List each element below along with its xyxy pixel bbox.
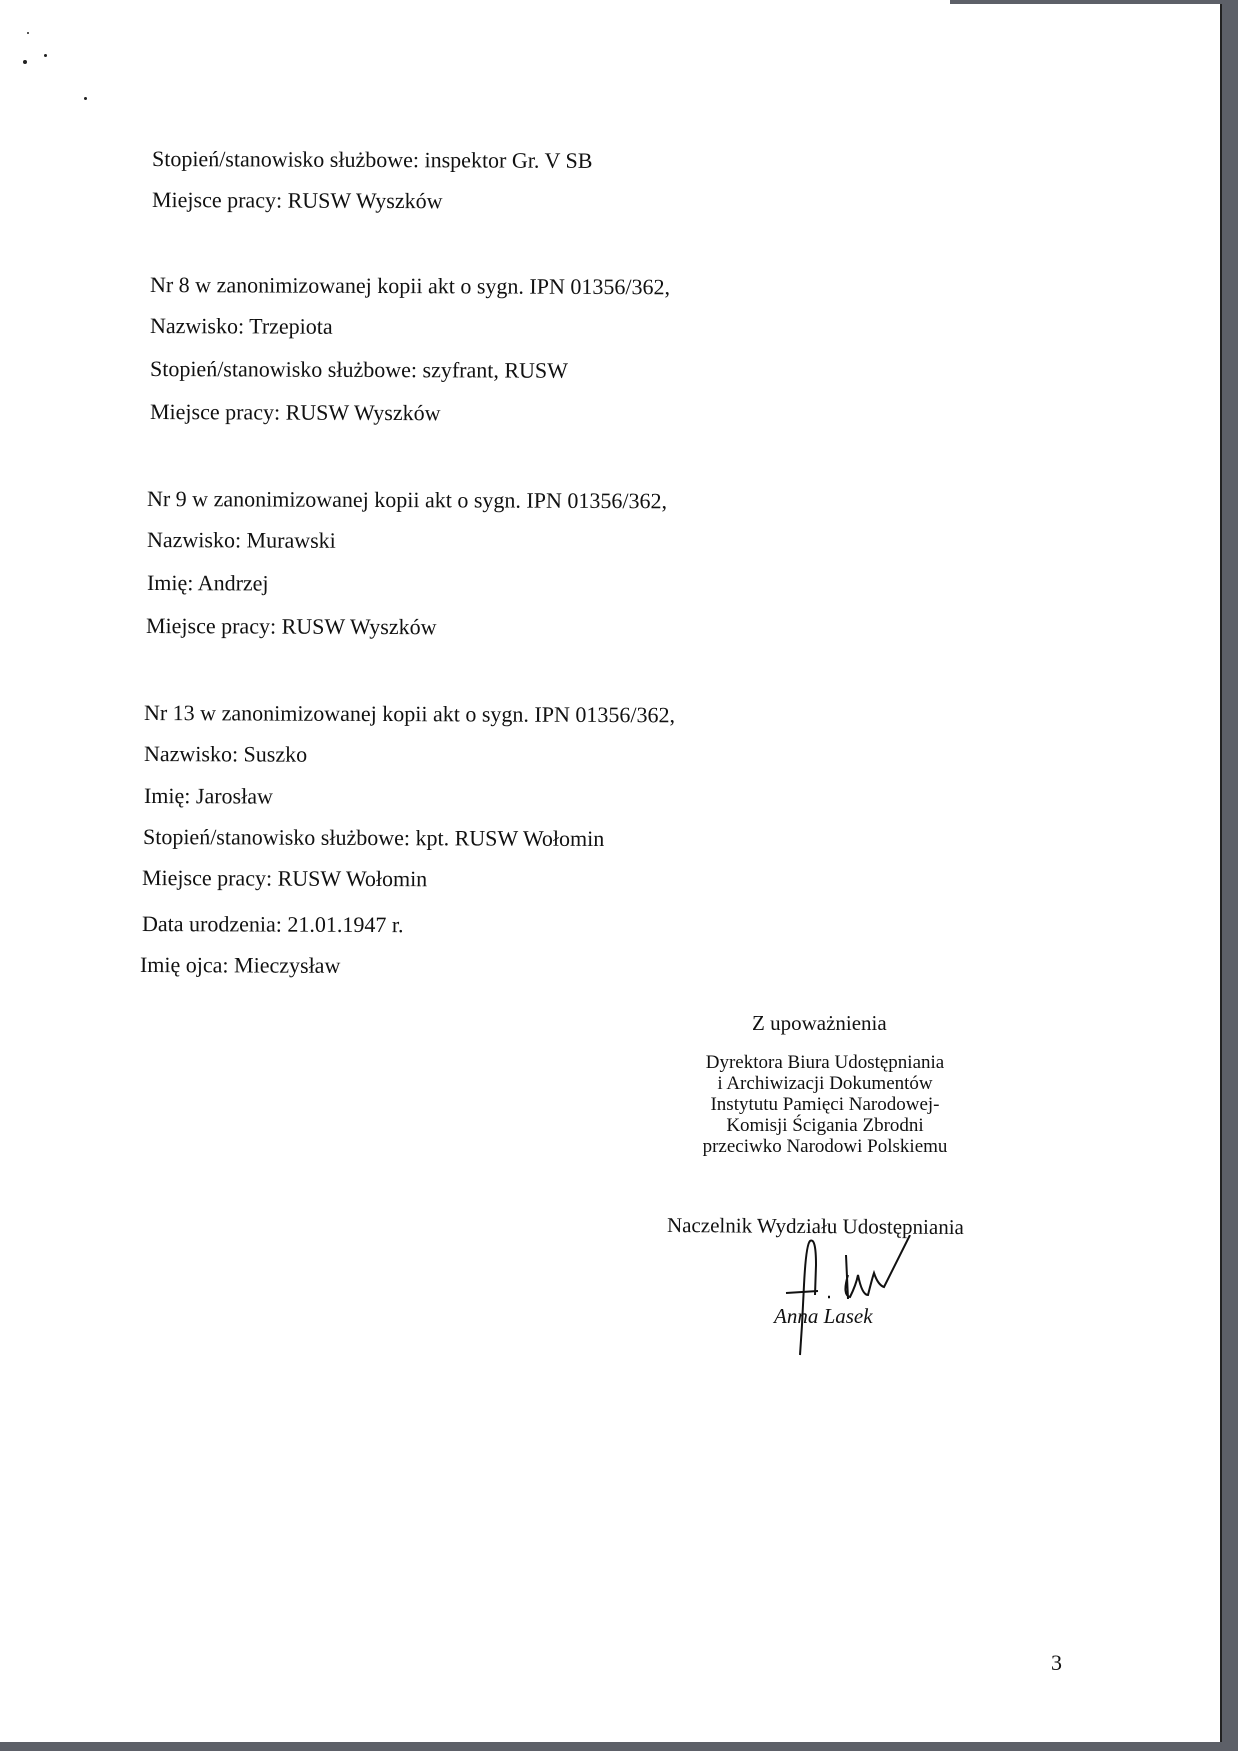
doc-line: Nr 13 w zanonimizowanej kopii akt o sygn… [144,700,675,728]
authorization-line: Dyrektora Biura Udostępniania [675,1052,975,1073]
doc-line: Miejsce pracy: RUSW Wyszków [150,399,441,426]
doc-line: Nr 8 w zanonimizowanej kopii akt o sygn.… [150,272,670,300]
handwritten-signature [760,1235,920,1365]
signatory-name: Anna Lasek [774,1303,873,1329]
scan-speck [84,97,87,100]
doc-line: Nazwisko: Trzepiota [150,313,333,340]
doc-line: Stopień/stanowisko służbowe: kpt. RUSW W… [143,824,604,852]
doc-line: Miejsce pracy: RUSW Wołomin [142,865,427,892]
authorization-line: i Archiwizacji Dokumentów [675,1073,975,1094]
doc-line: Nazwisko: Suszko [144,741,307,768]
doc-line: Imię: Andrzej [147,570,269,597]
doc-line: Nr 9 w zanonimizowanej kopii akt o sygn.… [147,486,667,514]
authorization-body: Dyrektora Biura Udostępniania i Archiwiz… [675,1052,975,1157]
authorization-line: Instytutu Pamięci Narodowej- [675,1094,975,1115]
document-page: Stopień/stanowisko służbowe: inspektor G… [0,0,1222,1742]
authorization-line: przeciwko Narodowi Polskiemu [675,1136,975,1157]
doc-line: Nazwisko: Murawski [147,527,336,554]
doc-line: Imię ojca: Mieczysław [140,952,340,979]
doc-line: Imię: Jarosław [144,783,273,810]
doc-line: Miejsce pracy: RUSW Wyszków [152,187,443,214]
doc-line: Stopień/stanowisko służbowe: inspektor G… [152,146,593,174]
authorization-heading: Z upoważnienia [752,1011,887,1036]
scan-speck [27,32,29,34]
doc-line: Data urodzenia: 21.01.1947 r. [142,911,404,938]
authorization-line: Komisji Ścigania Zbrodni [675,1115,975,1136]
scan-edge [950,0,1238,4]
doc-line: Miejsce pracy: RUSW Wyszków [146,613,437,640]
page-number: 3 [1051,1650,1062,1676]
scan-speck [23,60,27,64]
scan-speck [44,54,47,57]
doc-line: Stopień/stanowisko służbowe: szyfrant, R… [150,356,568,384]
